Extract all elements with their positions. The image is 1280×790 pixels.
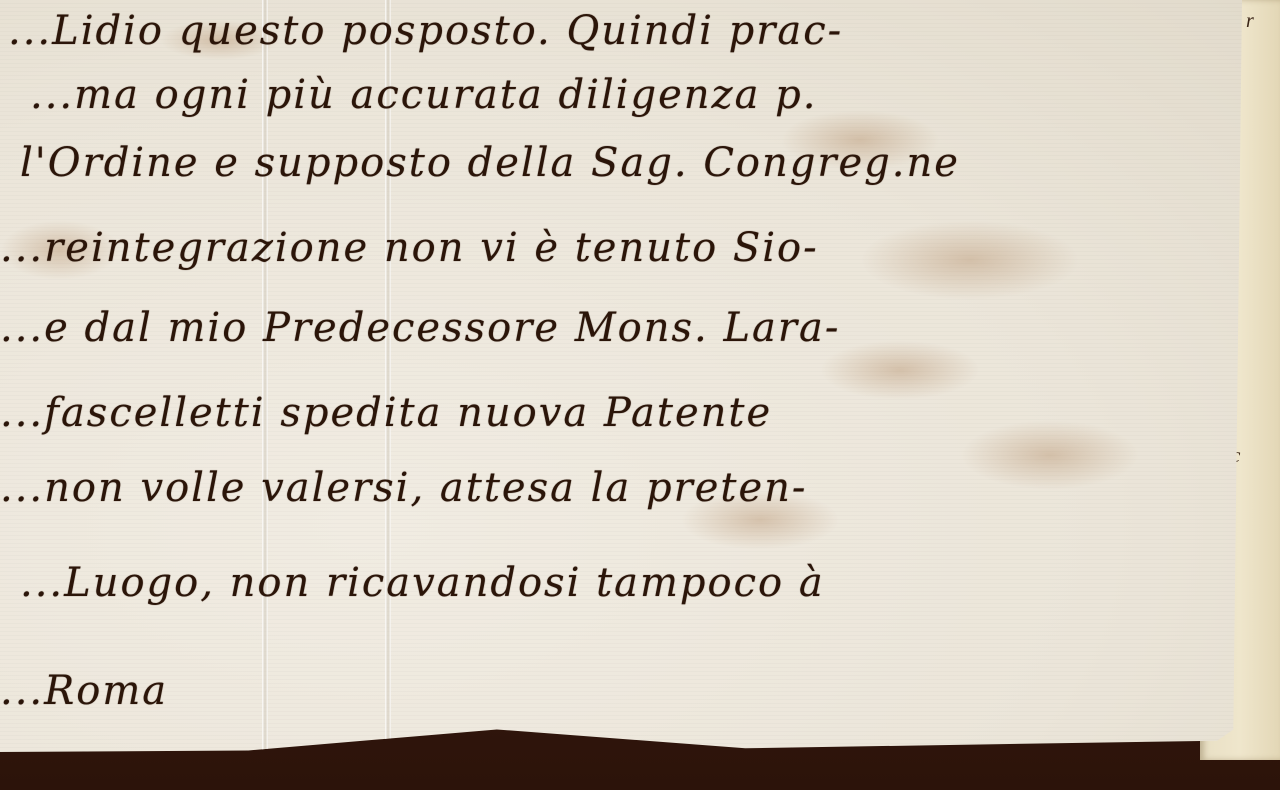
manuscript-line: ...ma ogni più accurata diligenza p. <box>30 72 817 118</box>
manuscript-line: ...reintegrazione non vi è tenuto Sio- <box>0 225 819 271</box>
manuscript-line: ...Roma <box>0 668 168 714</box>
ink-stain <box>860 220 1080 300</box>
manuscript-sheet: ...Lidio questo posposto. Quindi prac- .… <box>0 0 1242 752</box>
manuscript-line: ...non volle valersi, attesa la preten- <box>0 465 807 511</box>
manuscript-line: ...fascelletti spedita nuova Patente <box>0 390 772 436</box>
manuscript-line: ...Lidio questo posposto. Quindi prac- <box>8 8 843 54</box>
manuscript-line: l'Ordine e supposto della Sag. Congreg.n… <box>20 140 960 186</box>
ink-stain <box>960 420 1140 490</box>
manuscript-line: ...Luogo, non ricavandosi tampoco à <box>20 560 825 606</box>
manuscript-line: ...e dal mio Predecessore Mons. Lara- <box>0 305 840 351</box>
ink-stain <box>820 340 980 400</box>
margin-note: r <box>1246 10 1254 33</box>
